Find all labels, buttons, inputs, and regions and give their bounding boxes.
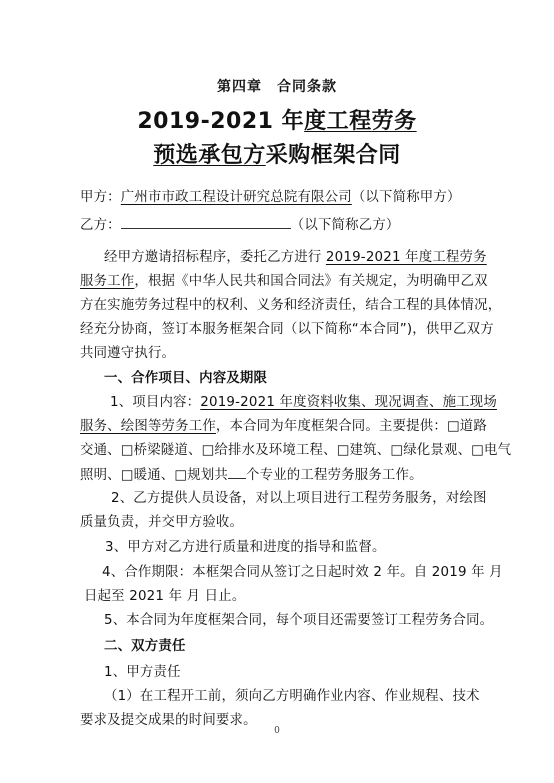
sub-1-item-1-line-1: （1）在工程开工前，须向乙方明确作业内容、作业规程、技术 (104, 688, 480, 706)
item-1-label: 1、项目内容： (110, 395, 200, 410)
item-4-line-2: 日起至 2021 年 月 日止。 (84, 588, 245, 606)
item-4-line-1: 4、合作期限：本框架合同从签订之日起时效 2 年。自 2019 年 月 (102, 564, 503, 582)
section-2-heading: 二、双方责任 (104, 638, 186, 656)
item-2-line-1: 2、乙方提供人员设备，对以上项目进行工程劳务服务，对绘图 (111, 490, 487, 508)
preamble-line-4: 经充分协商，签订本服务框架合同（以下简称“本合同”)，供甲乙双方 (80, 321, 494, 339)
party-a-line: 甲方：广州市市政工程设计研究总院有限公司（以下简称甲方） (80, 189, 461, 207)
chapter-heading: 第四章 合同条款 (0, 76, 554, 96)
section-1-heading: 一、合作项目、内容及期限 (104, 370, 267, 388)
preamble-underlined-service: 服务工作 (80, 274, 134, 289)
party-a-label: 甲方： (80, 190, 121, 205)
title-line-1: 2019-2021 年度工程劳务 (0, 108, 554, 136)
preamble-line-1: 经甲方邀请招标程序，委托乙方进行 2019-2021 年度工程劳务 (104, 249, 487, 267)
item-1-text: ，本合同为年度框架合同。主要提供：□道路 (216, 419, 487, 434)
item-1-line-3: 交通、□桥梁隧道、□给排水及环境工程、□建筑、□绿化景观、□电气 (80, 442, 511, 460)
item-1-line-4: 照明、□暖通、□规划共个专业的工程劳务服务工作。 (80, 466, 423, 485)
item-1-text: 照明、□暖通、□规划共 (80, 468, 228, 483)
item-1-line-1: 1、项目内容：2019-2021 年度资料收集、现况调查、施工现场 (110, 394, 497, 412)
item-3: 3、甲方对乙方进行质量和进度的指导和监督。 (105, 539, 386, 557)
title-line-2: 预选承包方采购框架合同 (0, 142, 554, 170)
title-year: 2019-2021 年 (137, 109, 304, 134)
item-1-underlined-2: 服务、绘图等劳务工作 (80, 419, 216, 434)
preamble-line-3: 方在实施劳务过程中的权利、义务和经济责任，结合工程的具体情况， (80, 297, 501, 315)
item-2-line-2: 质量负责，并交甲方验收。 (80, 514, 243, 532)
party-b-note: （以下简称乙方） (291, 218, 400, 233)
title-underlined-1: 度工程劳务 (304, 109, 417, 134)
item-1-line-2: 服务、绘图等劳务工作，本合同为年度框架合同。主要提供：□道路 (80, 418, 487, 436)
party-a-name: 广州市市政工程设计研究总院有限公司 (121, 190, 352, 205)
party-b-line: 乙方：（以下简称乙方） (80, 214, 400, 235)
page-number: 0 (0, 726, 554, 736)
preamble-text: 经甲方邀请招标程序，委托乙方进行 (104, 250, 326, 265)
party-b-label: 乙方： (80, 218, 121, 233)
preamble-line-2: 服务工作，根据《中华人民共和国合同法》有关规定，为明确甲乙双 (80, 273, 488, 291)
section-2-sub-1: 1、甲方责任 (104, 664, 181, 682)
preamble-underlined-project: 2019-2021 年度工程劳务 (326, 250, 487, 265)
item-5: 5、本合同为年度框架合同，每个项目还需要签订工程劳务合同。 (104, 612, 493, 630)
title-underlined-2: 预选承包方 (153, 143, 266, 168)
preamble-text: ，根据《中华人民共和国合同法》有关规定，为明确甲乙双 (134, 274, 487, 289)
party-b-name-blank (121, 214, 291, 229)
title-suffix: 采购框架合同 (266, 143, 401, 168)
specialty-count-blank (228, 466, 246, 479)
party-a-note: （以下简称甲方） (352, 190, 461, 205)
item-1-underlined: 2019-2021 年度资料收集、现况调查、施工现场 (200, 395, 497, 410)
preamble-line-5: 共同遵守执行。 (80, 345, 175, 363)
item-1-text: 个专业的工程劳务服务工作。 (246, 468, 423, 483)
